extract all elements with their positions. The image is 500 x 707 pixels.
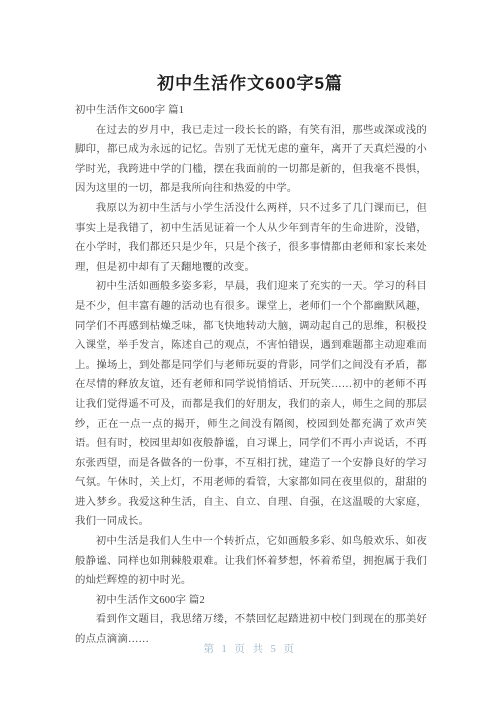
- essay-paragraph: 初中生活如画般多姿多彩，早晨，我们迎来了充实的一天。学习的科目是不少，但丰富有趣…: [75, 277, 427, 532]
- document-title: 初中生活作文600字5篇: [0, 69, 500, 94]
- document-page: 初中生活作文600字5篇 初中生活作文600字 篇1在过去的岁月中，我已走过一段…: [0, 0, 500, 707]
- page-number-footer: 第 1 页 共 5 页: [0, 641, 500, 656]
- essay-paragraph: 我原以为初中生活与小学生活没什么两样，只不过多了几门课而已，但事实上是我错了，初…: [75, 199, 427, 277]
- document-body: 初中生活作文600字 篇1在过去的岁月中，我已走过一段长长的路，有笑有泪，那些或…: [75, 101, 427, 650]
- essay-section-heading-2: 初中生活作文600字 篇2: [75, 591, 427, 611]
- essay-section-heading-1: 初中生活作文600字 篇1: [75, 101, 427, 121]
- essay-paragraph: 初中生活是我们人生中一个转折点，它如画般多彩、如鸟般欢乐、如夜般静谧、同样也如荆…: [75, 532, 427, 591]
- essay-paragraph: 在过去的岁月中，我已走过一段长长的路，有笑有泪，那些或深或浅的脚印，都已成为永远…: [75, 121, 427, 199]
